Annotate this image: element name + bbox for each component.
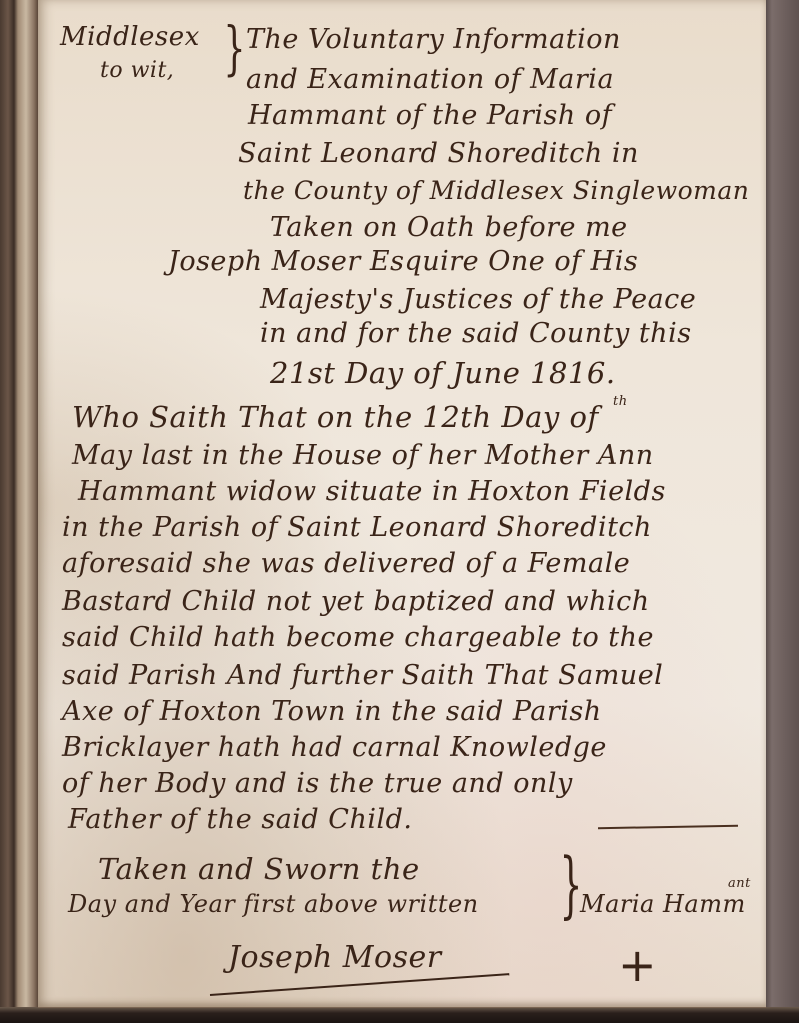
justice-signature: Joseph Moser [228,940,442,975]
body-line-5: aforesaid she was delivered of a Female [62,548,630,579]
body-line-2: May last in the House of her Mother Ann [72,440,654,471]
preamble-line-9: in and for the said County this [260,318,692,349]
body-line-7: said Child hath become chargeable to the [62,622,654,653]
preamble-line-1: The Voluntary Information [246,24,621,55]
body-line-1: Who Saith That on the 12th Day of [72,400,599,434]
preamble-line-8: Majesty's Justices of the Peace [260,284,696,315]
preamble-line-5: the County of Middlesex Singlewoman [243,176,749,205]
body-line-6: Bastard Child not yet baptized and which [62,586,650,617]
preamble-line-2: and Examination of Maria [246,64,614,95]
body-line-10: Bricklayer hath had carnal Knowledge [62,732,607,763]
body-line-3: Hammant widow situate in Hoxton Fields [78,476,666,507]
line-filler-stroke [598,825,738,829]
body-line-8: said Parish And further Saith That Samue… [62,660,663,691]
body-line-11: of her Body and is the true and only [62,768,573,799]
book-page-edges [0,0,38,1023]
signature-underline [210,973,509,996]
book-bottom-edge [0,1007,799,1023]
examinant-name-suffix: ant [728,876,751,891]
body-line-12: Father of the said Child. [68,804,412,835]
header-brace: } [223,14,245,82]
to-wit-label: to wit, [100,58,174,83]
preamble-line-3: Hammant of the Parish of [248,100,612,131]
book-cover-board [766,0,799,1023]
body-line-9: Axe of Hoxton Town in the said Parish [62,696,602,727]
preamble-line-6: Taken on Oath before me [270,212,628,243]
jurat-line-1: Taken and Sworn the [98,852,420,886]
jurat-brace: } [559,842,582,926]
county-heading: Middlesex [60,22,200,52]
preamble-line-7: Joseph Moser Esquire One of His [168,246,638,277]
preamble-line-4: Saint Leonard Shoreditch in [238,138,639,169]
examinant-mark-cross: + [618,938,657,992]
body-line-4: in the Parish of Saint Leonard Shoreditc… [62,512,652,543]
document-photo: Middlesex to wit, } The Voluntary Inform… [0,0,799,1023]
examinant-name: Maria Hamm [580,890,746,918]
jurat-line-2: Day and Year first above written [68,890,479,918]
ordinal-suffix-th: th [613,394,628,409]
preamble-line-10-date: 21st Day of June 1816. [270,356,616,390]
manuscript-page: Middlesex to wit, } The Voluntary Inform… [38,0,766,1008]
